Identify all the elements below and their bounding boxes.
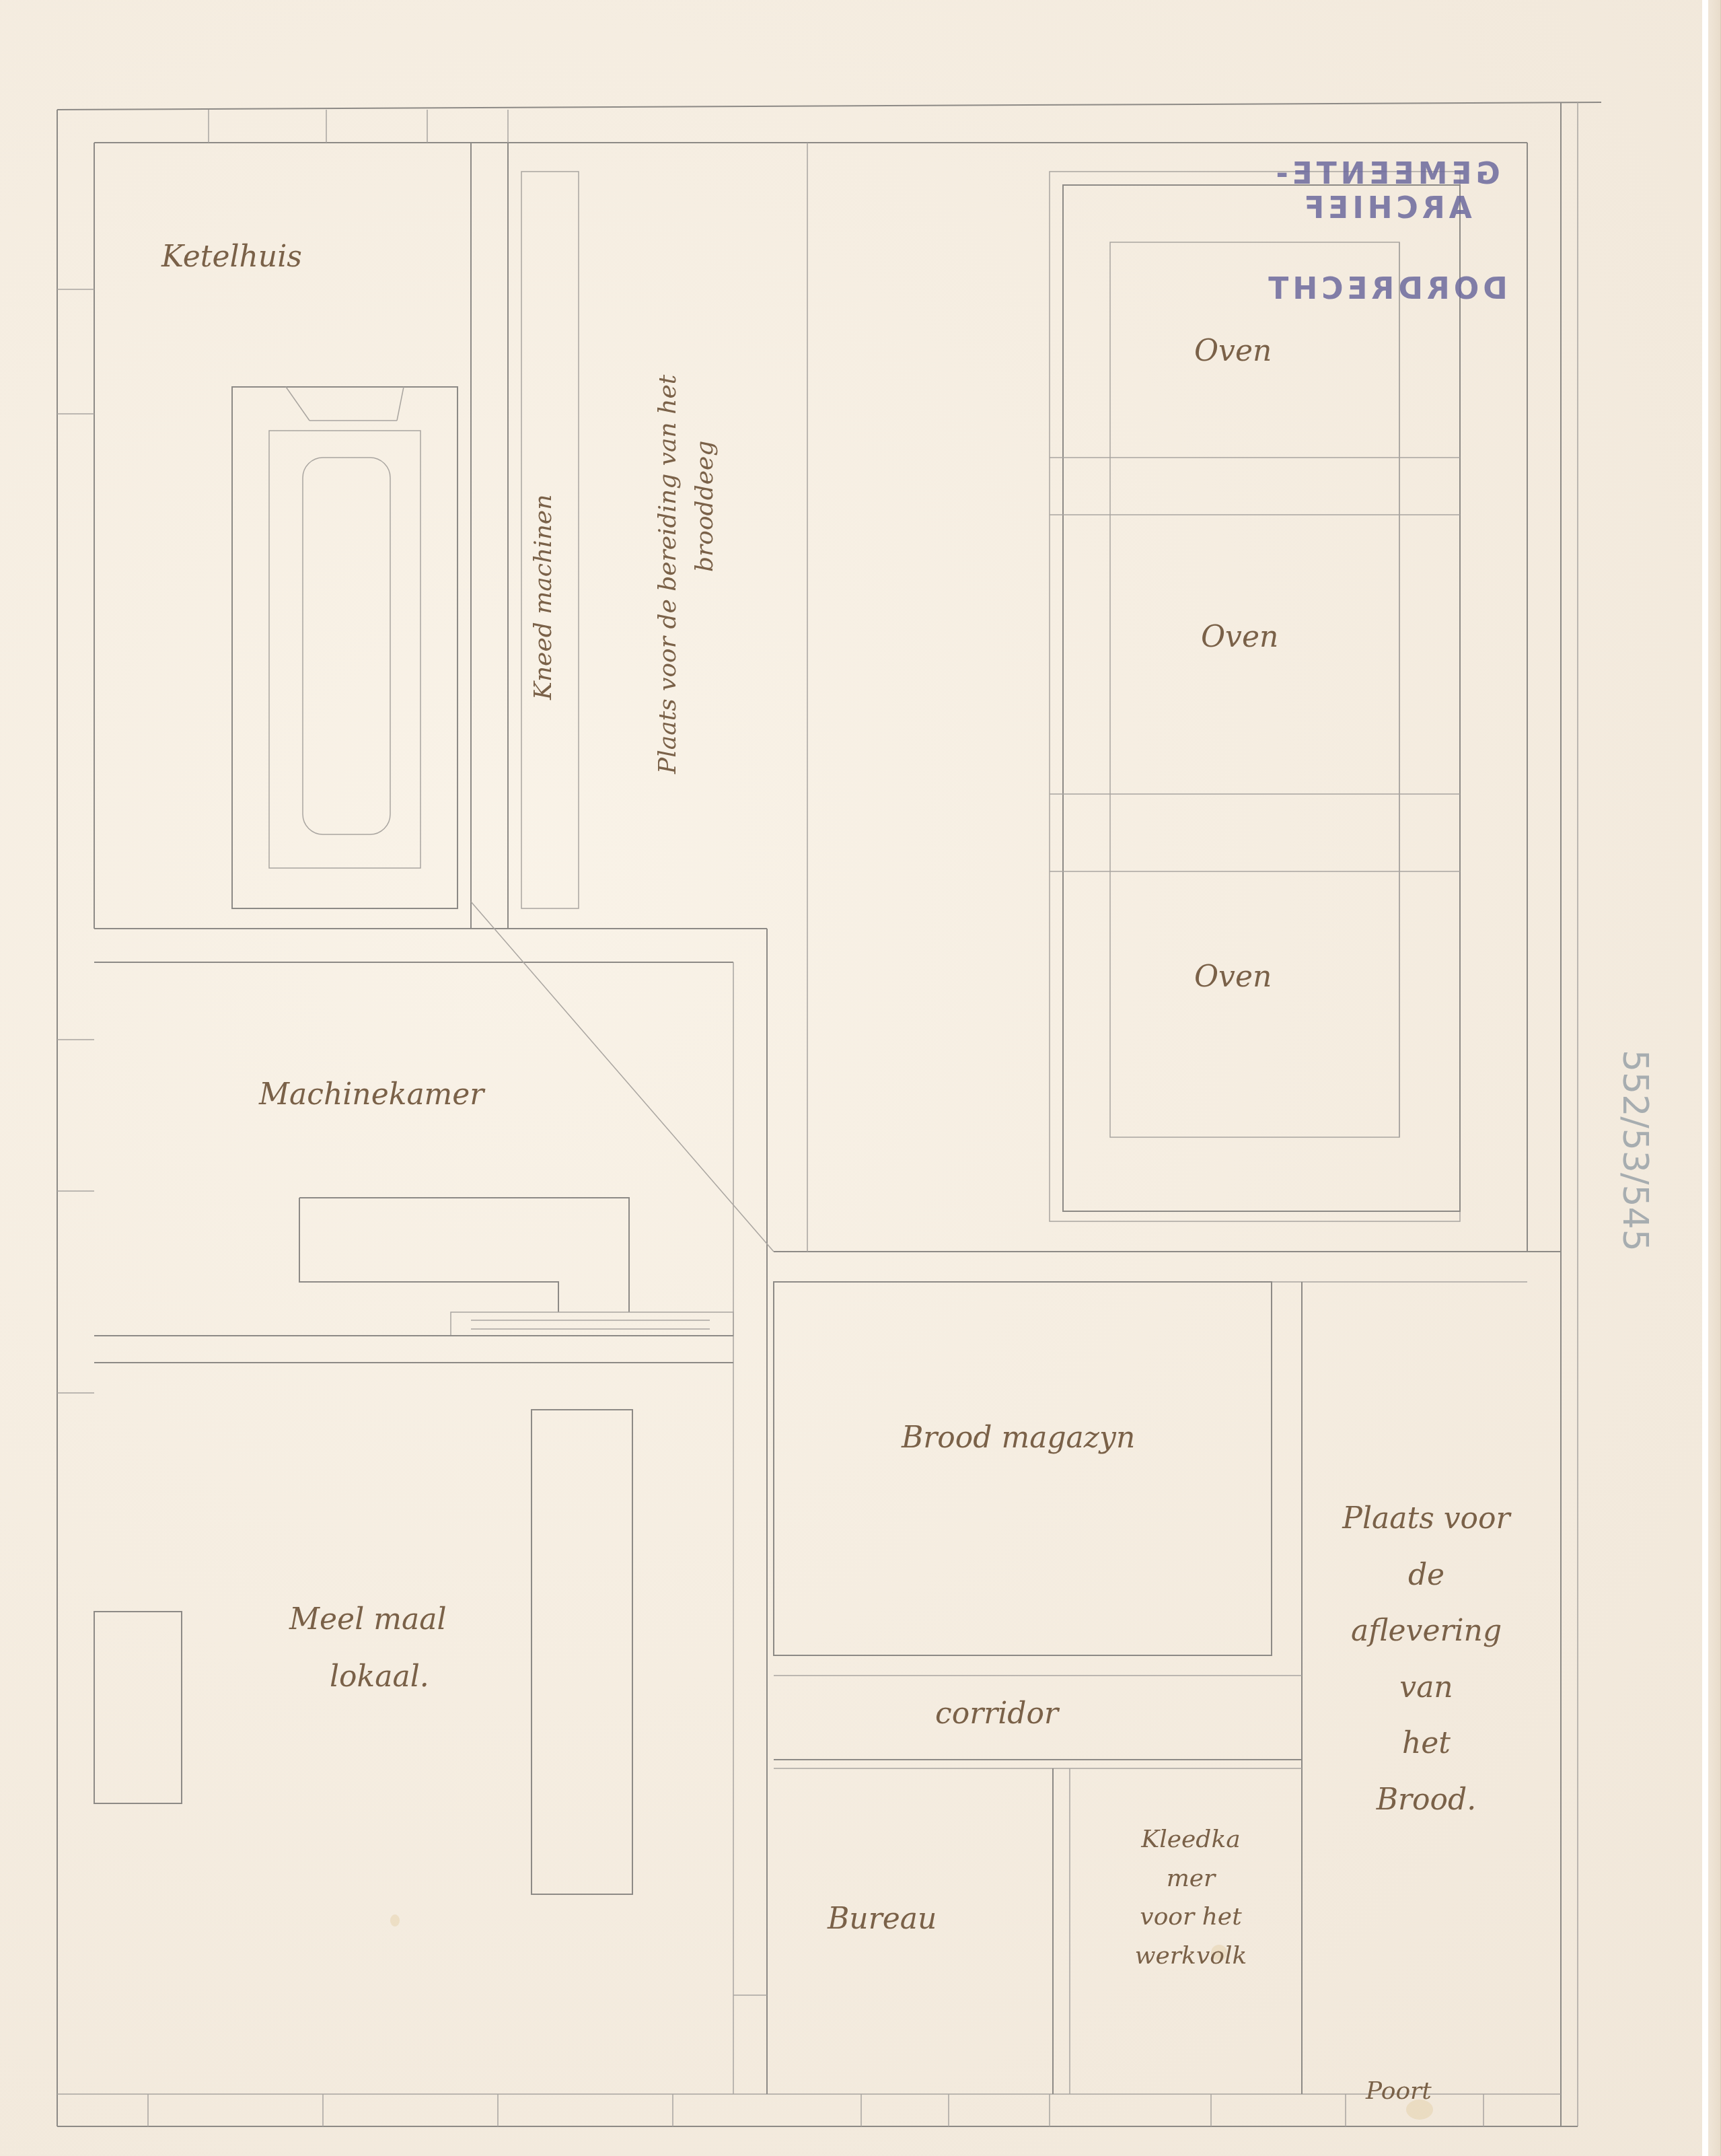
machinekamer-room [94,1198,733,1363]
kleedkamer-line: voor het [1090,1898,1292,1937]
ovens-block [1050,172,1460,1221]
label-kleedkamer: Kleedka mer voor het werkvolk [1090,1820,1292,1975]
aflevering-line: de [1325,1547,1527,1604]
stamp-line-bottom: DORDRECHT [1238,272,1534,306]
label-bureau: Bureau [828,1904,937,1934]
archive-stamp: GEMEENTE-ARCHIEF DORDRECHT [1238,172,1534,326]
label-oven-2: Oven [1201,622,1278,652]
label-corridor: corridor [935,1699,1058,1729]
label-deeg-plaats-line1: Plaats voor de bereiding van het [656,375,680,774]
label-meel-maal-line1: Meel maal [289,1605,446,1634]
label-oven-3: Oven [1194,962,1272,992]
aflevering-line: Plaats voor [1325,1490,1527,1547]
label-machinekamer: Machinekamer [259,1080,484,1110]
inventory-number: 552/53/545 [1615,1050,1655,1252]
label-kneed-machinen: Kneed machinen [532,495,556,700]
kleedkamer-line: mer [1090,1859,1292,1898]
aflevering-line: het [1325,1715,1527,1772]
label-oven-1: Oven [1194,336,1272,366]
label-brood-magazijn: Brood magazyn [902,1423,1135,1453]
label-aflevering: Plaats voor de aflevering van het Brood. [1325,1490,1527,1828]
stamp-line-top: GEMEENTE-ARCHIEF [1238,157,1534,225]
label-poort: Poort [1366,2079,1432,2104]
kleedkamer-line: Kleedka [1090,1820,1292,1859]
label-ketelhuis: Ketelhuis [161,242,302,272]
kleedkamer-line: werkvolk [1090,1937,1292,1976]
meel-maal-room [94,1410,632,1894]
aflevering-line: aflevering van [1325,1603,1527,1715]
label-meel-maal-line2: lokaal. [330,1662,429,1692]
aflevering-line: Brood. [1325,1772,1527,1828]
paper-stain [390,1914,400,1927]
label-deeg-plaats-line2: brooddeeg [693,441,717,572]
